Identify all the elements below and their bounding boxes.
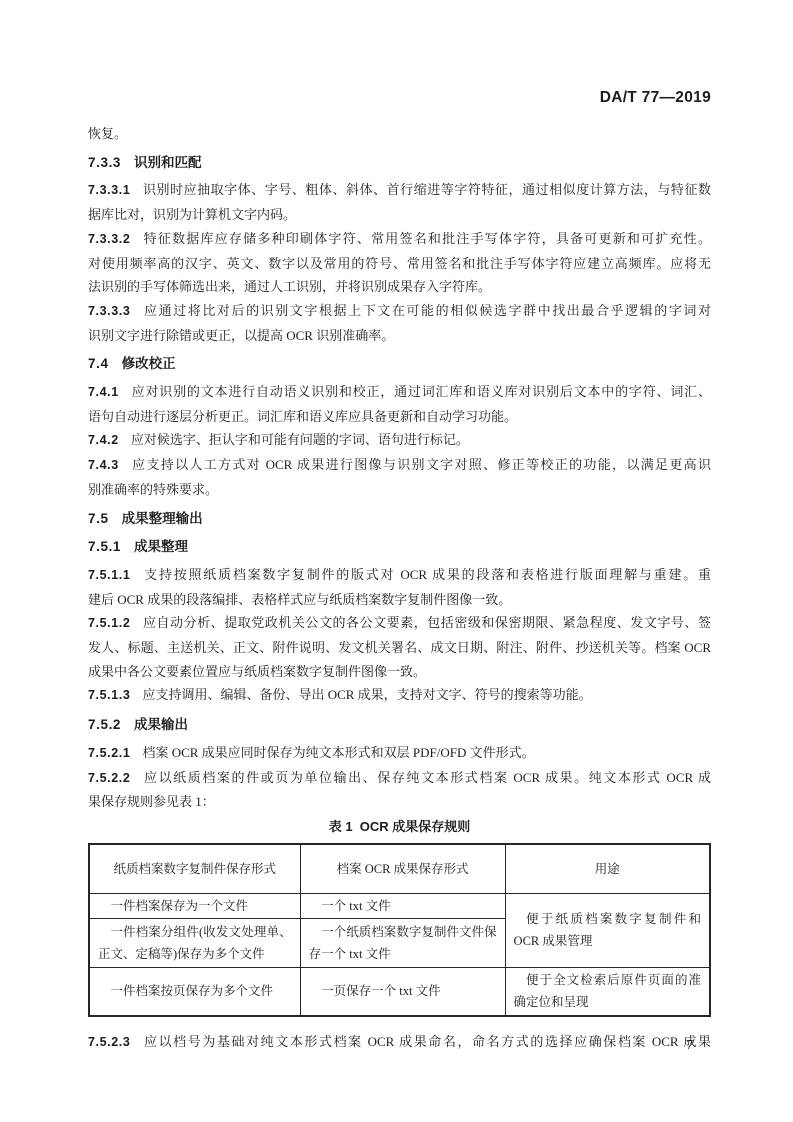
- paragraph-text: 档案 OCR 成果应同时保存为纯文本形式和双层 PDF/OFD 文件形式。: [142, 745, 534, 760]
- section-title: 成果整理输出: [122, 511, 203, 526]
- page-footer: 7: [686, 1036, 693, 1054]
- clause-number: 7.3.3.1: [88, 183, 130, 197]
- clause-paragraph: 7.5.1.3应支持调用、编辑、备份、导出 OCR 成果，支持对文字、符号的搜索…: [88, 683, 711, 708]
- paragraph-text: 法识别的手写体筛选出来，通过人工识别，并将识别成果存入字符库。: [88, 279, 491, 294]
- paragraph-text: 果保存规则参见表 1：: [88, 794, 215, 809]
- clause-number: 7.4.2: [88, 433, 119, 447]
- table-merged-cell: 便于全文检索后原件页面的准确定位和呈现: [505, 967, 710, 1016]
- paragraph-text: 恢复。: [88, 126, 127, 141]
- clause-paragraph: 7.4.1应对识别的文本进行自动语义识别和校正，通过词汇库和语义库对识别后文本中…: [88, 380, 711, 428]
- clause-number: 7.5.2.2: [88, 771, 130, 785]
- paragraph-text: 应通过将比对后的识别文字根据上下文在可能的相似候选字群中找出最合乎逻辑的字词对: [142, 303, 711, 318]
- clause-number: 7.5.1.3: [88, 688, 130, 702]
- clause-number: 7.5.1.1: [88, 568, 130, 582]
- paragraph-line: 7.5.1.3应支持调用、编辑、备份、导出 OCR 成果，支持对文字、符号的搜索…: [88, 683, 711, 708]
- paragraph-line: 7.4.2应对候选字、拒认字和可能有问题的字词、语句进行标记。: [88, 428, 711, 453]
- clause-paragraph: 7.5.2.1档案 OCR 成果应同时保存为纯文本形式和双层 PDF/OFD 文…: [88, 741, 711, 766]
- table-header-cell: 纸质档案数字复制件保存形式: [89, 844, 300, 894]
- paragraph-line: 7.3.3.3应通过将比对后的识别文字根据上下文在可能的相似候选字群中找出最合乎…: [88, 299, 711, 324]
- paragraph-line: 别准确率的特殊要求。: [88, 478, 711, 502]
- table-cell: 一个 txt 文件: [300, 893, 505, 918]
- paragraph-text: 成果中各公文要素位置应与纸质档案数字复制件图像一致。: [88, 664, 426, 679]
- table-body: 一件档案保存为一个文件一个 txt 文件便于纸质档案数字复制件和 OCR 成果管…: [89, 893, 710, 1016]
- paragraph-line: 7.5.2.3应以档号为基础对纯文本形式档案 OCR 成果命名，命名方式的选择应…: [88, 1030, 711, 1055]
- document-page: DA/T 77—2019 恢复。7.3.3识别和匹配7.3.3.1识别时应抽取字…: [0, 0, 793, 1122]
- section-heading: 7.5.1成果整理: [88, 535, 711, 559]
- paragraph-text: 发人、标题、主送机关、正文、附件说明、发文机关署名、成文日期、附注、附件、抄送机…: [88, 640, 711, 655]
- paragraph-line: 7.4.1应对识别的文本进行自动语义识别和校正，通过词汇库和语义库对识别后文本中…: [88, 380, 711, 405]
- paragraph-text: 识别文字进行除错或更正，以提高 OCR 识别准确率。: [88, 328, 394, 343]
- paragraph-line: 7.3.3.1识别时应抽取字体、字号、粗体、斜体、首行缩进等字符特征，通过相似度…: [88, 178, 711, 203]
- section-heading: 7.4修改校正: [88, 352, 711, 376]
- paragraph-text: 特征数据库应存储多种印刷体字符、常用签名和批注手写体字符，具备可更新和可扩充性。: [142, 231, 711, 246]
- clause-paragraph: 7.5.2.3应以档号为基础对纯文本形式档案 OCR 成果命名，命名方式的选择应…: [88, 1030, 711, 1055]
- section-title: 成果整理: [134, 539, 188, 554]
- section-heading: 7.3.3识别和匹配: [88, 151, 711, 175]
- paragraph-line: 法识别的手写体筛选出来，通过人工识别，并将识别成果存入字符库。: [88, 275, 711, 299]
- clause-number: 7.5.1.2: [88, 616, 130, 630]
- paragraph-line: 成果中各公文要素位置应与纸质档案数字复制件图像一致。: [88, 660, 711, 684]
- paragraph-line: 建后 OCR 成果的段落编排、表格样式应与纸质档案数字复制件图像一致。: [88, 588, 711, 612]
- table-cell: 一件档案按页保存为多个文件: [89, 967, 300, 1016]
- section-title: 修改校正: [122, 356, 176, 371]
- table-cell: 一件档案保存为一个文件: [89, 893, 300, 918]
- table-caption: 表 1 OCR 成果保存规则: [88, 815, 711, 839]
- paragraph-text: 建后 OCR 成果的段落编排、表格样式应与纸质档案数字复制件图像一致。: [88, 592, 511, 607]
- clause-paragraph: 7.5.1.2应自动分析、提取党政机关公文的各公文要素，包括密级和保密期限、紧急…: [88, 611, 711, 683]
- paragraph-text: 支持按照纸质档案数字复制件的版式对 OCR 成果的段落和表格进行版面理解与重建。…: [142, 567, 711, 582]
- paragraph-text: 识别时应抽取字体、字号、粗体、斜体、首行缩进等字符特征，通过相似度计算方法，与特…: [142, 182, 711, 197]
- clause-number: 7.4.3: [88, 458, 119, 472]
- table-header-cell: 用途: [505, 844, 710, 894]
- paragraph-text: 应支持调用、编辑、备份、导出 OCR 成果，支持对文字、符号的搜索等功能。: [142, 687, 591, 702]
- paragraph-line: 7.5.2.2应以纸质档案的件或页为单位输出、保存纯文本形式档案 OCR 成果。…: [88, 766, 711, 791]
- paragraph-line: 恢复。: [88, 122, 711, 146]
- standard-code: DA/T 77—2019: [600, 89, 711, 106]
- paragraph-line: 识别文字进行除错或更正，以提高 OCR 识别准确率。: [88, 324, 711, 348]
- paragraph-text: 别准确率的特殊要求。: [88, 482, 218, 497]
- paragraph-line: 7.4.3应支持以人工方式对 OCR 成果进行图像与识别文字对照、修正等校正的功…: [88, 453, 711, 478]
- paragraph-text: 应自动分析、提取党政机关公文的各公文要素，包括密级和保密期限、紧急程度、发文字号…: [142, 615, 711, 630]
- clause-paragraph: 恢复。: [88, 122, 711, 146]
- clause-paragraph: 7.3.3.2特征数据库应存储多种印刷体字符、常用签名和批注手写体字符，具备可更…: [88, 227, 711, 299]
- paragraph-line: 7.5.1.2应自动分析、提取党政机关公文的各公文要素，包括密级和保密期限、紧急…: [88, 611, 711, 636]
- paragraph-text: 应对候选字、拒认字和可能有问题的字词、语句进行标记。: [131, 432, 469, 447]
- paragraph-line: 果保存规则参见表 1：: [88, 790, 711, 814]
- paragraph-line: 语句自动进行逐层分析更正。词汇库和语义库应具备更新和自动学习功能。: [88, 405, 711, 429]
- table-header-row: 纸质档案数字复制件保存形式档案 OCR 成果保存形式用途: [89, 844, 710, 894]
- paragraph-text: 应以纸质档案的件或页为单位输出、保存纯文本形式档案 OCR 成果。纯文本形式 O…: [142, 770, 711, 785]
- paragraph-text: 对使用频率高的汉字、英文、数字以及常用的符号、常用签名和批注手写体字符应建立高频…: [88, 256, 711, 271]
- paragraph-text: 应以档号为基础对纯文本形式档案 OCR 成果命名，命名方式的选择应确保档案 OC…: [142, 1034, 711, 1049]
- clause-paragraph: 7.4.3应支持以人工方式对 OCR 成果进行图像与识别文字对照、修正等校正的功…: [88, 453, 711, 501]
- clause-number: 7.3.3.2: [88, 232, 130, 246]
- section-number: 7.5.2: [88, 717, 121, 732]
- clause-number: 7.4.1: [88, 385, 119, 399]
- section-number: 7.3.3: [88, 155, 121, 170]
- document-body: 恢复。7.3.3识别和匹配7.3.3.1识别时应抽取字体、字号、粗体、斜体、首行…: [88, 122, 711, 1054]
- section-heading: 7.5成果整理输出: [88, 507, 711, 531]
- table-cell: 一件档案分组件(收发文处理单、正文、定稿等)保存为多个文件: [89, 918, 300, 967]
- section-number: 7.5.1: [88, 539, 121, 554]
- clause-paragraph: 7.3.3.1识别时应抽取字体、字号、粗体、斜体、首行缩进等字符特征，通过相似度…: [88, 178, 711, 226]
- clause-number: 7.3.3.3: [88, 304, 130, 318]
- table-cell: 一页保存一个 txt 文件: [300, 967, 505, 1016]
- paragraph-line: 7.5.1.1支持按照纸质档案数字复制件的版式对 OCR 成果的段落和表格进行版…: [88, 563, 711, 588]
- table-merged-cell: 便于纸质档案数字复制件和 OCR 成果管理: [505, 893, 710, 967]
- paragraph-text: 应对识别的文本进行自动语义识别和校正，通过词汇库和语义库对识别后文本中的字符、词…: [131, 384, 711, 399]
- clause-paragraph: 7.4.2应对候选字、拒认字和可能有问题的字词、语句进行标记。: [88, 428, 711, 453]
- paragraph-line: 对使用频率高的汉字、英文、数字以及常用的符号、常用签名和批注手写体字符应建立高频…: [88, 252, 711, 276]
- page-header: DA/T 77—2019: [88, 90, 711, 106]
- section-number: 7.5: [88, 511, 109, 526]
- clause-number: 7.5.2.1: [88, 746, 130, 760]
- paragraph-line: 发人、标题、主送机关、正文、附件说明、发文机关署名、成文日期、附注、附件、抄送机…: [88, 636, 711, 660]
- table-head: 纸质档案数字复制件保存形式档案 OCR 成果保存形式用途: [89, 844, 710, 894]
- paragraph-line: 据库比对，识别为计算机文字内码。: [88, 203, 711, 227]
- paragraph-text: 应支持以人工方式对 OCR 成果进行图像与识别文字对照、修正等校正的功能，以满足…: [131, 457, 711, 472]
- clause-number: 7.5.2.3: [88, 1035, 130, 1049]
- table-row: 一件档案按页保存为多个文件一页保存一个 txt 文件便于全文检索后原件页面的准确…: [89, 967, 710, 1016]
- table-cell: 一个纸质档案数字复制件文件保存一个 txt 文件: [300, 918, 505, 967]
- ocr-save-rules-table: 纸质档案数字复制件保存形式档案 OCR 成果保存形式用途一件档案保存为一个文件一…: [88, 843, 711, 1017]
- paragraph-text: 语句自动进行逐层分析更正。词汇库和语义库应具备更新和自动学习功能。: [88, 409, 517, 424]
- paragraph-text: 据库比对，识别为计算机文字内码。: [88, 207, 296, 222]
- section-heading: 7.5.2成果输出: [88, 713, 711, 737]
- section-title: 成果输出: [134, 717, 188, 732]
- table-row: 一件档案保存为一个文件一个 txt 文件便于纸质档案数字复制件和 OCR 成果管…: [89, 893, 710, 918]
- clause-paragraph: 7.3.3.3应通过将比对后的识别文字根据上下文在可能的相似候选字群中找出最合乎…: [88, 299, 711, 347]
- clause-paragraph: 7.5.1.1支持按照纸质档案数字复制件的版式对 OCR 成果的段落和表格进行版…: [88, 563, 711, 611]
- paragraph-line: 7.5.2.1档案 OCR 成果应同时保存为纯文本形式和双层 PDF/OFD 文…: [88, 741, 711, 766]
- paragraph-line: 7.3.3.2特征数据库应存储多种印刷体字符、常用签名和批注手写体字符，具备可更…: [88, 227, 711, 252]
- table-header-cell: 档案 OCR 成果保存形式: [300, 844, 505, 894]
- clause-paragraph: 7.5.2.2应以纸质档案的件或页为单位输出、保存纯文本形式档案 OCR 成果。…: [88, 766, 711, 814]
- section-number: 7.4: [88, 356, 109, 371]
- section-title: 识别和匹配: [134, 155, 202, 170]
- page-number: 7: [686, 1037, 693, 1052]
